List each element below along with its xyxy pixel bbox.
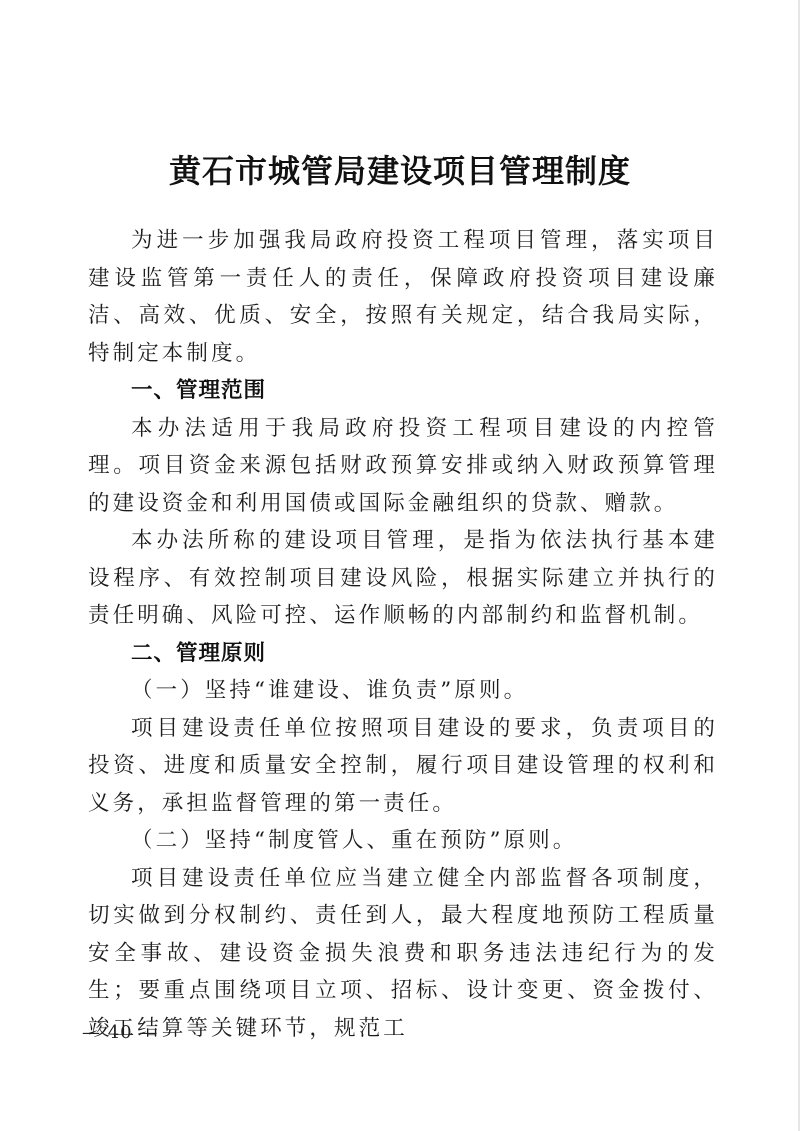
section-heading-principles: 二、管理原则 [88,635,718,673]
section-heading-scope: 一、管理范围 [88,372,718,410]
document-title: 黄石市城管局建设项目管理制度 [0,146,800,192]
principle-2-paragraph: 项目建设责任单位应当建立健全内部监督各项制度，切实做到分权制约、责任到人，最大程… [88,860,718,1048]
principle-1-heading: （一）坚持“谁建设、谁负责”原则。 [88,672,718,710]
intro-paragraph: 为进一步加强我局政府投资工程项目管理，落实项目建设监管第一责任人的责任，保障政府… [88,222,718,372]
page-number: — 40 — [82,1022,158,1043]
principle-1-paragraph: 项目建设责任单位按照项目建设的要求，负责项目的投资、进度和质量安全控制，履行项目… [88,710,718,823]
principle-2-heading: （二）坚持“制度管人、重在预防”原则。 [88,822,718,860]
document-body: 为进一步加强我局政府投资工程项目管理，落实项目建设监管第一责任人的责任，保障政府… [88,222,718,1047]
document-page: 黄石市城管局建设项目管理制度 为进一步加强我局政府投资工程项目管理，落实项目建设… [0,0,800,1131]
scope-paragraph-2: 本办法所称的建设项目管理，是指为依法执行基本建设程序、有效控制项目建设风险，根据… [88,522,718,635]
scope-paragraph-1: 本办法适用于我局政府投资工程项目建设的内控管理。项目资金来源包括财政预算安排或纳… [88,410,718,523]
